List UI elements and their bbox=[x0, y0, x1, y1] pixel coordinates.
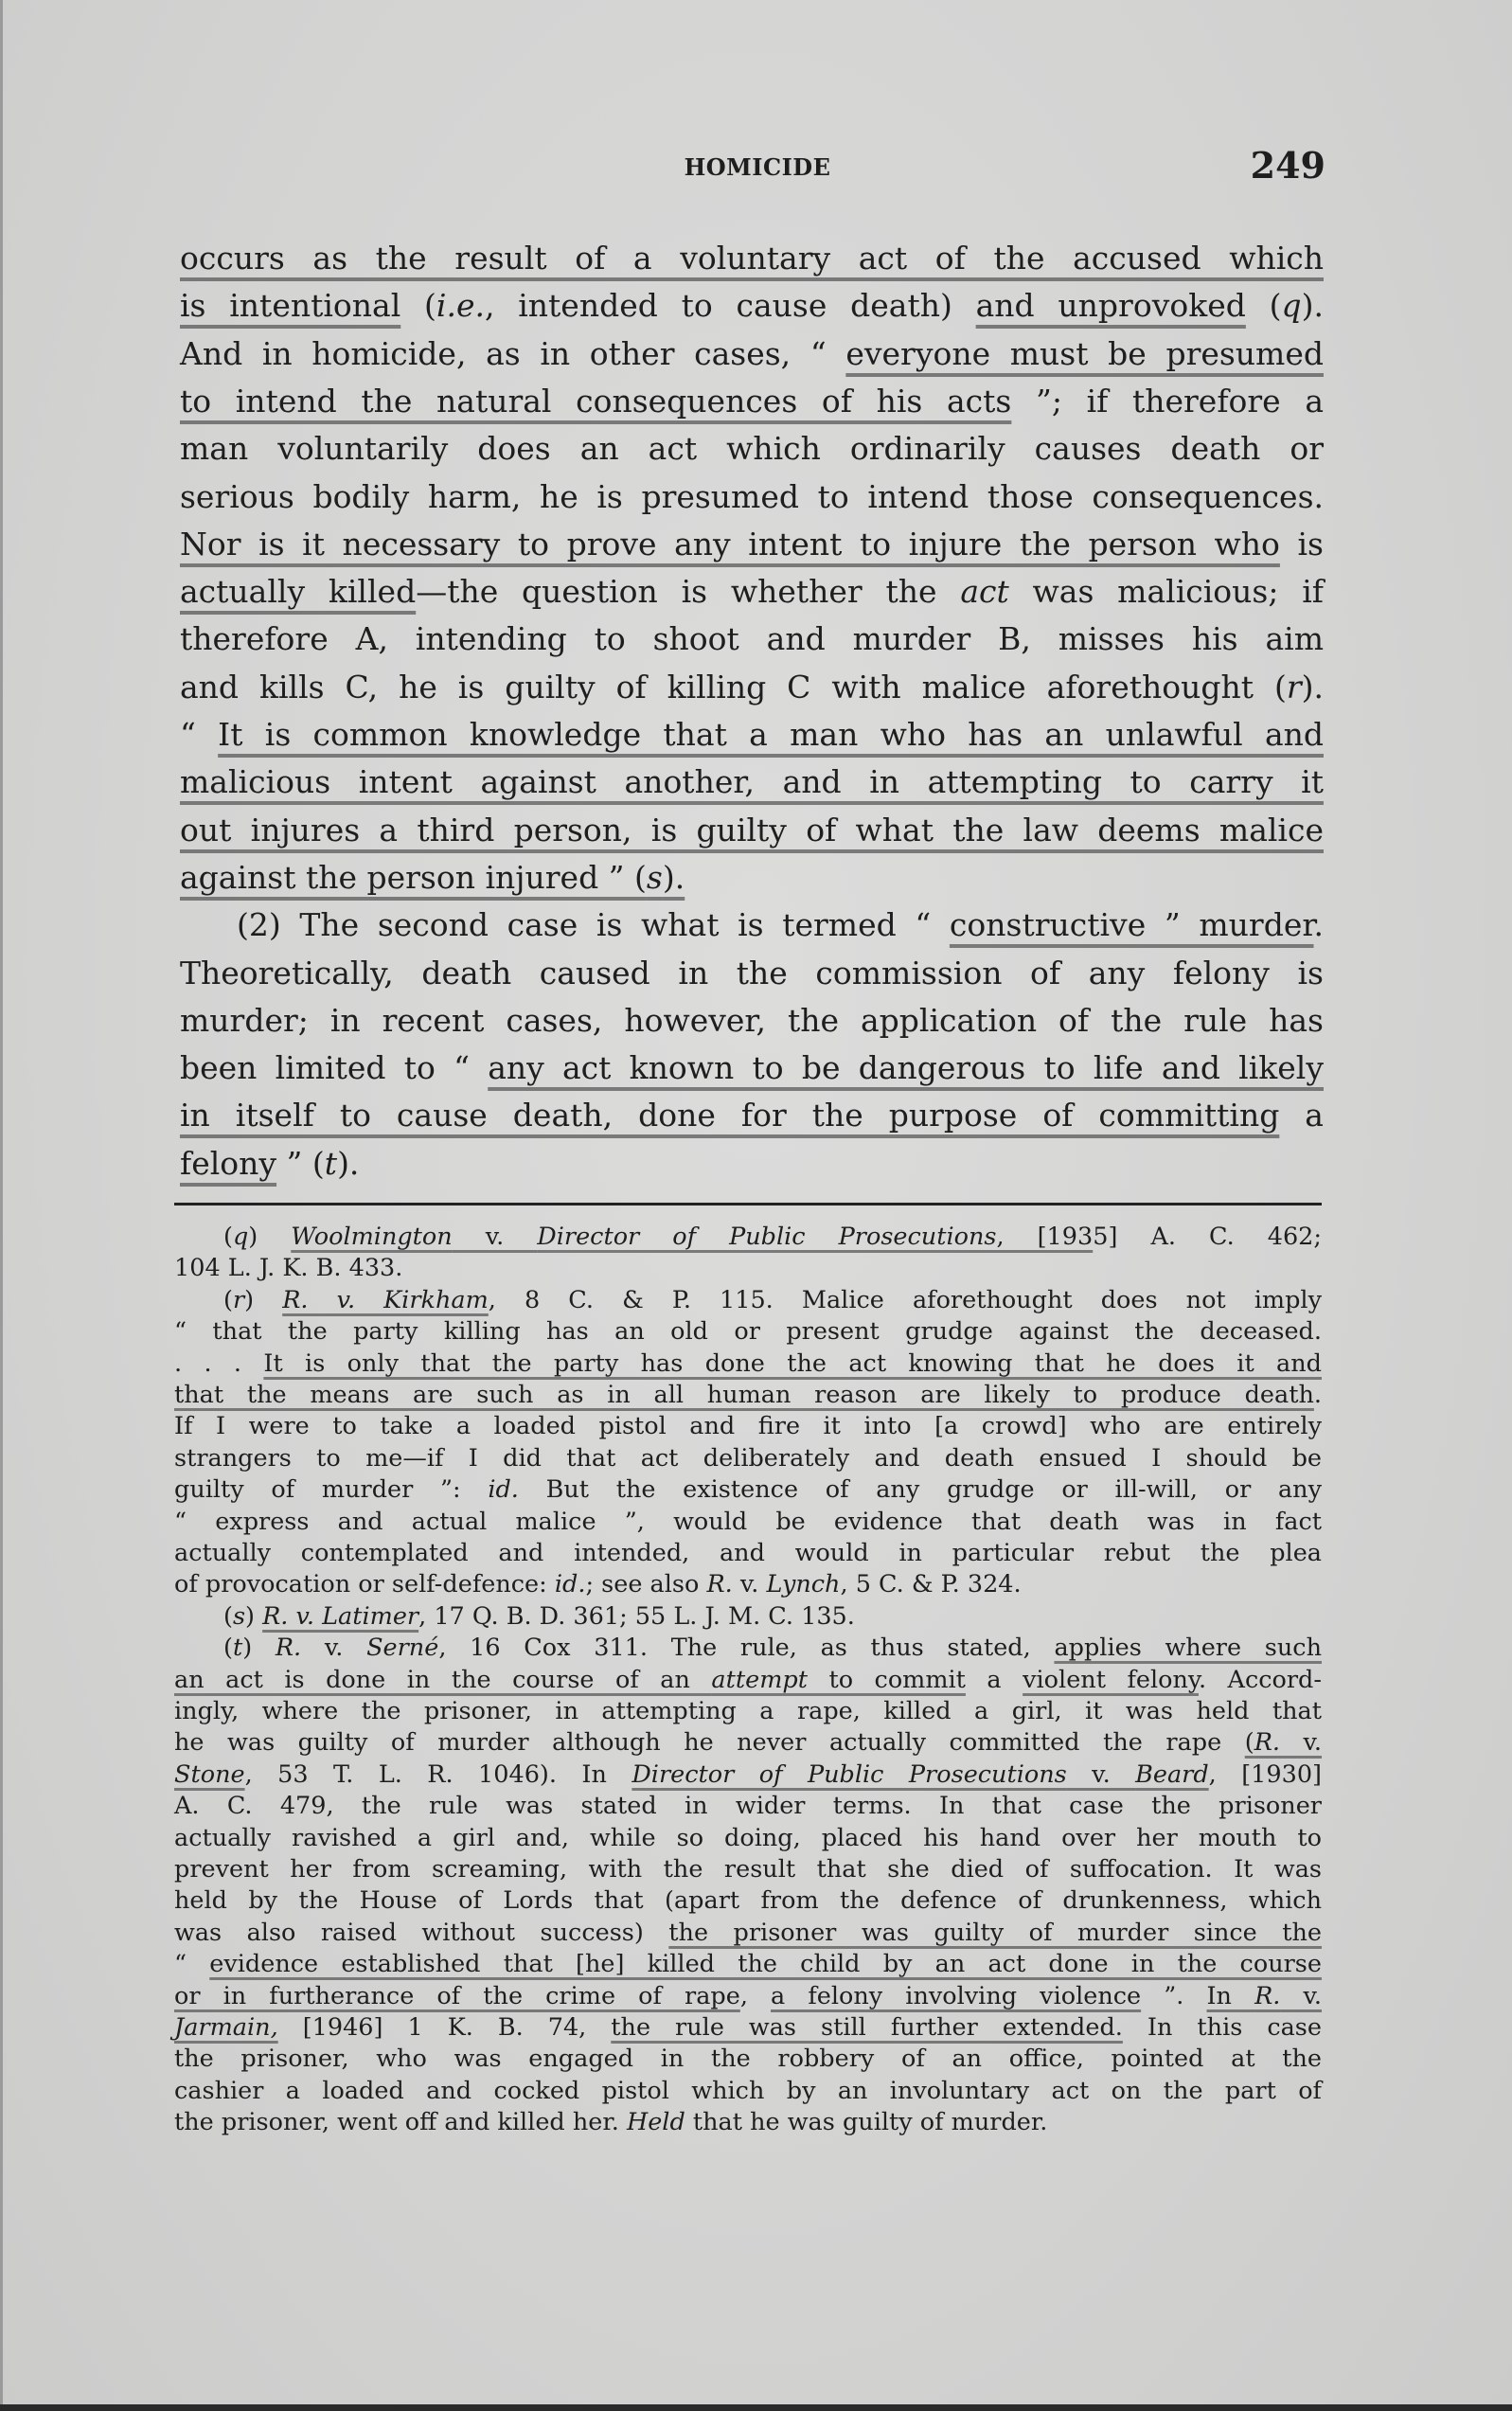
text-segment: therefore A, intending to shoot and murd… bbox=[180, 620, 1324, 657]
text-segment: r bbox=[233, 1286, 244, 1314]
footnote-line: an act is done in the course of an attem… bbox=[174, 1664, 1322, 1696]
footnote-line: (q) Woolmington v. Director of Public Pr… bbox=[174, 1221, 1322, 1253]
text-segment: , intended to cause death) bbox=[485, 287, 976, 324]
text-segment: ). bbox=[1302, 287, 1324, 324]
body-line: is intentional (i.e., intended to cause … bbox=[180, 282, 1324, 330]
text-segment: v. bbox=[301, 1634, 366, 1662]
footnote-line: Jarmain, [1946] 1 K. B. 74, the rule was… bbox=[174, 2011, 1322, 2044]
text-segment: q bbox=[1282, 287, 1302, 324]
body-line: felony ” (t). bbox=[180, 1140, 1324, 1188]
text-segment: R. bbox=[276, 1634, 301, 1662]
underlined-text: felony bbox=[180, 1145, 276, 1182]
text-segment: i.e. bbox=[436, 287, 485, 324]
underlined-text: against the person injured ” ( bbox=[180, 859, 647, 896]
underlined-text: everyone must be presumed bbox=[845, 335, 1324, 372]
underlined-text: an act is done in the course of an bbox=[174, 1666, 711, 1694]
underlined-text: R. bbox=[1254, 1728, 1280, 1757]
footnote-line: was also raised without success) the pri… bbox=[174, 1917, 1322, 1949]
body-line: been limited to “ any act known to be da… bbox=[180, 1045, 1324, 1092]
text-segment: Theoretically, death caused in the commi… bbox=[180, 955, 1324, 991]
text-segment: of provocation or self-defence: bbox=[174, 1570, 555, 1598]
body-line: serious bodily harm, he is presumed to i… bbox=[180, 473, 1324, 521]
text-segment: strangers to me—if I did that act delibe… bbox=[174, 1444, 1322, 1473]
text-segment: But the existence of any grudge or ill-w… bbox=[519, 1475, 1322, 1504]
footnote-line: of provocation or self-defence: id.; see… bbox=[174, 1568, 1322, 1600]
body-line: malicious intent against another, and in… bbox=[180, 759, 1324, 806]
page-bottom-edge bbox=[0, 2404, 1512, 2411]
footnote-line: Stone, 53 T. L. R. 1046). In Director of… bbox=[174, 1759, 1322, 1791]
text-segment: he was guilty of murder although he neve… bbox=[174, 1728, 1245, 1757]
text-segment: ” ( bbox=[276, 1145, 325, 1182]
text-segment: ingly, where the prisoner, in attempting… bbox=[174, 1697, 1322, 1725]
underlined-text: any act known to be dangerous to life an… bbox=[488, 1049, 1324, 1086]
text-segment: t bbox=[325, 1145, 337, 1182]
page-number: 249 bbox=[1250, 144, 1325, 187]
text-segment: id. bbox=[555, 1570, 586, 1598]
text-segment: . bbox=[1314, 906, 1325, 943]
text-segment: actually contemplated and intended, and … bbox=[174, 1539, 1322, 1567]
text-segment: v. bbox=[733, 1570, 767, 1598]
text-segment: (2) The second case is what is termed “ bbox=[237, 906, 950, 943]
underlined-text: Beard bbox=[1135, 1760, 1209, 1789]
text-segment: and kills C, he is guilty of killing C w… bbox=[180, 669, 1287, 705]
underlined-text: Director of Public Prosecutions bbox=[631, 1760, 1066, 1789]
footnote-line: cashier a loaded and cocked pistol which… bbox=[174, 2075, 1322, 2107]
text-segment: A. C. 479, the rule was stated in wider … bbox=[174, 1792, 1322, 1820]
text-segment: , 8 C. & P. 115. Malice aforethought doe… bbox=[489, 1286, 1322, 1314]
underlined-text: is intentional bbox=[180, 287, 400, 324]
text-segment: serious bodily harm, he is presumed to i… bbox=[180, 478, 1324, 515]
text-segment: held by the House of Lords that (apart f… bbox=[174, 1886, 1322, 1915]
text-segment: —the question is whether the bbox=[416, 573, 960, 610]
text-segment: id. bbox=[488, 1475, 519, 1504]
footnote-line: actually ravished a girl and, while so d… bbox=[174, 1822, 1322, 1854]
text-segment: ( bbox=[223, 1286, 233, 1314]
footnote-line: actually contemplated and intended, and … bbox=[174, 1537, 1322, 1569]
running-title: HOMICIDE bbox=[663, 153, 852, 181]
text-segment: was malicious; if bbox=[1009, 573, 1324, 610]
text-segment: Held bbox=[627, 2108, 685, 2136]
footnote-line: “ express and actual malice ”, would be … bbox=[174, 1506, 1322, 1538]
text-segment: 104 L. J. K. B. 433. bbox=[174, 1254, 402, 1282]
text-segment: ). bbox=[1302, 669, 1324, 705]
underlined-text: malicious intent against another, and in… bbox=[180, 763, 1324, 800]
text-segment: ) bbox=[244, 1286, 282, 1314]
text-segment: ( bbox=[223, 1602, 233, 1631]
underlined-text: Nor is it necessary to prove any intent … bbox=[180, 526, 1280, 563]
text-segment: , 5 C. & P. 324. bbox=[840, 1570, 1021, 1598]
footnote-separator-rule bbox=[174, 1203, 1322, 1205]
underlined-text: v. bbox=[1280, 1982, 1322, 2010]
text-segment: cashier a loaded and cocked pistol which… bbox=[174, 2077, 1322, 2105]
body-line: occurs as the result of a voluntary act … bbox=[180, 235, 1324, 282]
text-segment: ) bbox=[248, 1223, 291, 1251]
underlined-text: It is only that the party has done the a… bbox=[263, 1349, 1322, 1378]
underlined-text: constructive ” murder bbox=[950, 906, 1314, 943]
body-line: (2) The second case is what is termed “ … bbox=[180, 902, 1324, 949]
text-segment: And in homicide, as in other cases, “ bbox=[180, 335, 845, 372]
underlined-text: ( bbox=[1245, 1728, 1254, 1757]
footnote-line: held by the House of Lords that (apart f… bbox=[174, 1884, 1322, 1917]
body-line: in itself to cause death, done for the p… bbox=[180, 1092, 1324, 1139]
underlined-text: violent felony bbox=[1023, 1666, 1199, 1694]
text-segment: , 53 T. L. R. 1046). In bbox=[245, 1760, 632, 1789]
text-segment: r bbox=[1287, 669, 1302, 705]
body-line: man voluntarily does an act which ordina… bbox=[180, 425, 1324, 473]
body-line: to intend the natural consequences of hi… bbox=[180, 378, 1324, 425]
text-segment: was also raised without success) bbox=[174, 1919, 668, 1947]
text-segment: “ that the party killing has an old or p… bbox=[174, 1317, 1322, 1346]
body-line: Theoretically, death caused in the commi… bbox=[180, 950, 1324, 997]
underlined-text: that the means are such as in all human … bbox=[174, 1381, 1314, 1409]
underlined-text: v. bbox=[453, 1223, 538, 1251]
page-left-edge bbox=[0, 0, 3, 2411]
text-segment: “ bbox=[180, 716, 218, 753]
body-line: Nor is it necessary to prove any intent … bbox=[180, 521, 1324, 568]
text-segment: , 17 Q. B. D. 361; 55 L. J. M. C. 135. bbox=[418, 1602, 855, 1631]
underlined-text: Stone bbox=[174, 1760, 245, 1789]
body-line: therefore A, intending to shoot and murd… bbox=[180, 616, 1324, 663]
footnote-line: ingly, where the prisoner, in attempting… bbox=[174, 1695, 1322, 1727]
text-segment: ”; if therefore a bbox=[1011, 383, 1324, 420]
underlined-text: applies where such bbox=[1054, 1634, 1322, 1662]
text-segment: . Accord- bbox=[1199, 1666, 1322, 1694]
underlined-text: the prisoner was guilty of murder since … bbox=[668, 1919, 1322, 1947]
text-segment: actually ravished a girl and, while so d… bbox=[174, 1824, 1322, 1852]
text-segment: s bbox=[233, 1602, 245, 1631]
text-segment: been limited to “ bbox=[180, 1049, 488, 1086]
text-segment: . bbox=[1314, 1381, 1322, 1409]
underlined-text: Woolmington bbox=[291, 1223, 452, 1251]
footnote-line: If I were to take a loaded pistol and fi… bbox=[174, 1410, 1322, 1442]
text-segment: a bbox=[1279, 1097, 1324, 1134]
body-line: against the person injured ” (s). bbox=[180, 854, 1324, 902]
underlined-text: R. v. Latimer bbox=[262, 1602, 418, 1631]
footnote-line: or in furtherance of the crime of rape, … bbox=[174, 1980, 1322, 2012]
text-segment: ) bbox=[245, 1602, 262, 1631]
text-segment: prevent her from screaming, with the res… bbox=[174, 1855, 1322, 1884]
body-line: murder; in recent cases, however, the ap… bbox=[180, 997, 1324, 1045]
text-segment: murder; in recent cases, however, the ap… bbox=[180, 1002, 1324, 1039]
text-segment: . . . bbox=[174, 1349, 263, 1378]
body-line: out injures a third person, is guilty of… bbox=[180, 807, 1324, 854]
footnote-line: (t) R. v. Serné, 16 Cox 311. The rule, a… bbox=[174, 1632, 1322, 1664]
body-line: actually killed—the question is whether … bbox=[180, 568, 1324, 616]
underlined-text: the rule was still further extended. bbox=[611, 2013, 1123, 2042]
underlined-text: evidence established that [he] killed th… bbox=[209, 1950, 1322, 1978]
underlined-text: a felony involving violence bbox=[771, 1982, 1141, 2010]
footnote-line: that the means are such as in all human … bbox=[174, 1379, 1322, 1411]
footnote-line: prevent her from screaming, with the res… bbox=[174, 1853, 1322, 1885]
footnote-line: . . . It is only that the party has done… bbox=[174, 1348, 1322, 1380]
text-segment: , [1930] bbox=[1209, 1760, 1322, 1789]
footnote-line: (s) R. v. Latimer, 17 Q. B. D. 361; 55 L… bbox=[174, 1600, 1322, 1633]
text-segment: ) bbox=[242, 1634, 276, 1662]
text-segment: “ bbox=[174, 1950, 209, 1978]
footnote-line: A. C. 479, the rule was stated in wider … bbox=[174, 1790, 1322, 1822]
text-segment: In this case bbox=[1123, 2013, 1322, 2042]
body-line: “ It is common knowledge that a man who … bbox=[180, 711, 1324, 759]
underlined-text: R. bbox=[1254, 1982, 1280, 2010]
footnote-line: 104 L. J. K. B. 433. bbox=[174, 1252, 1322, 1284]
text-segment: ( bbox=[223, 1223, 233, 1251]
body-line: and kills C, he is guilty of killing C w… bbox=[180, 664, 1324, 711]
text-segment: is bbox=[1280, 526, 1324, 563]
footnote-line: “ that the party killing has an old or p… bbox=[174, 1315, 1322, 1348]
underlined-text: in itself to cause death, done for the p… bbox=[180, 1097, 1279, 1134]
text-segment: , 16 Cox 311. The rule, as thus stated, bbox=[438, 1634, 1054, 1662]
text-segment: the prisoner, who was engaged in the rob… bbox=[174, 2045, 1322, 2073]
text-segment: “ express and actual malice ”, would be … bbox=[174, 1508, 1322, 1536]
text-segment: ”. bbox=[1141, 1982, 1206, 2010]
text-segment: Lynch bbox=[766, 1570, 840, 1598]
underlined-text: out injures a third person, is guilty of… bbox=[180, 812, 1324, 848]
text-segment: [1946] 1 K. B. 74, bbox=[278, 2013, 612, 2042]
body-line: And in homicide, as in other cases, “ ev… bbox=[180, 330, 1324, 378]
underlined-text: to intend the natural consequences of hi… bbox=[180, 383, 1011, 420]
text-segment: t bbox=[233, 1634, 242, 1662]
text-segment: ; see also bbox=[585, 1570, 706, 1598]
footnote-line: the prisoner, who was engaged in the rob… bbox=[174, 2043, 1322, 2075]
underlined-text: , [193 bbox=[996, 1223, 1093, 1251]
underlined-text: or in furtherance of the crime of rape bbox=[174, 1982, 740, 2010]
book-page: HOMICIDE 249 occurs as the result of a v… bbox=[0, 0, 1512, 2411]
underlined-text: R. v. Kirkham bbox=[282, 1286, 489, 1314]
underlined-text: Jarmain, bbox=[174, 2013, 278, 2042]
underlined-text: ). bbox=[663, 859, 685, 896]
underlined-text: and unprovoked bbox=[976, 287, 1246, 324]
underlined-text: occurs as the result of a voluntary act … bbox=[180, 240, 1324, 277]
text-segment: ). bbox=[337, 1145, 359, 1182]
text-segment: R. bbox=[706, 1570, 732, 1598]
text-segment: the prisoner, went off and killed her. bbox=[174, 2108, 627, 2136]
underlined-text: to commit bbox=[808, 1666, 966, 1694]
text-segment: guilty of murder ”: bbox=[174, 1475, 488, 1504]
footnote-line: strangers to me—if I did that act delibe… bbox=[174, 1442, 1322, 1474]
text-segment: ( bbox=[223, 1634, 233, 1662]
underlined-text: attempt bbox=[711, 1666, 808, 1694]
footnote-line: “ evidence established that [he] killed … bbox=[174, 1948, 1322, 1980]
underlined-text: It is common knowledge that a man who ha… bbox=[218, 716, 1324, 753]
underlined-text: actually killed bbox=[180, 573, 416, 610]
underlined-text: v. bbox=[1067, 1760, 1135, 1789]
underlined-text: In bbox=[1206, 1982, 1254, 2010]
footnote-line: guilty of murder ”: id. But the existenc… bbox=[174, 1473, 1322, 1506]
text-segment: q bbox=[233, 1223, 248, 1251]
footnote-line: (r) R. v. Kirkham, 8 C. & P. 115. Malice… bbox=[174, 1284, 1322, 1316]
footnote-line: the prisoner, went off and killed her. H… bbox=[174, 2106, 1322, 2138]
text-segment: Serné bbox=[366, 1634, 438, 1662]
text-segment: ( bbox=[1246, 287, 1282, 324]
text-segment: a bbox=[966, 1666, 1023, 1694]
underlined-text: v. bbox=[1280, 1728, 1322, 1757]
text-segment: man voluntarily does an act which ordina… bbox=[180, 430, 1324, 467]
text-segment: that he was guilty of murder. bbox=[685, 2108, 1048, 2136]
footnote-line: he was guilty of murder although he neve… bbox=[174, 1726, 1322, 1759]
underlined-text: s bbox=[647, 859, 663, 896]
text-segment: , bbox=[740, 1982, 771, 2010]
text-segment: ( bbox=[400, 287, 436, 324]
text-segment: 5] A. C. 462; bbox=[1093, 1223, 1322, 1251]
underlined-text: Director of Public Prosecutions bbox=[537, 1223, 996, 1251]
text-segment: If I were to take a loaded pistol and fi… bbox=[174, 1412, 1322, 1440]
text-segment: act bbox=[960, 573, 1008, 610]
